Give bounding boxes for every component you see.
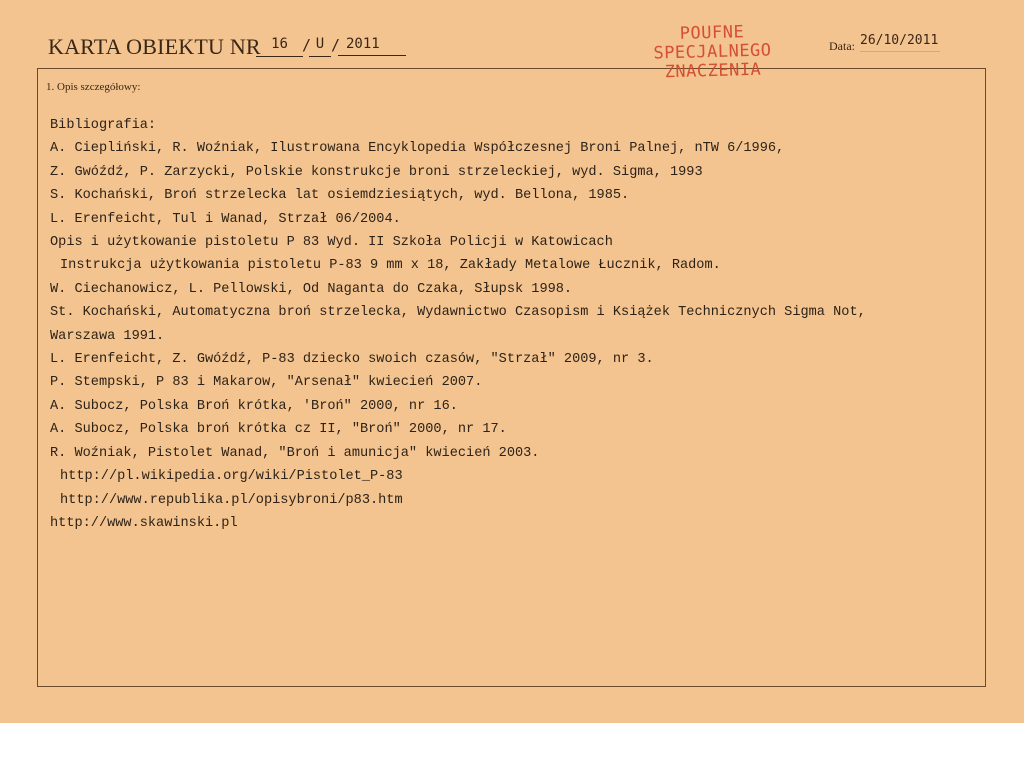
- bibliography-entry: http://www.skawinski.pl: [50, 512, 975, 535]
- section-label: 1. Opis szczegółowy:: [46, 81, 140, 93]
- bibliography-entry: http://pl.wikipedia.org/wiki/Pistolet_P-…: [50, 465, 975, 488]
- bibliography-entry: Opis i użytkowanie pistoletu P 83 Wyd. I…: [50, 231, 975, 254]
- bibliography-entry: S. Kochański, Broń strzelecka lat osiemd…: [50, 184, 975, 207]
- bibliography-entry: Instrukcja użytkowania pistoletu P-83 9 …: [50, 254, 975, 277]
- date-value: 26/10/2011: [860, 33, 940, 52]
- bibliography-list: Bibliografia:A. Ciepliński, R. Woźniak, …: [50, 114, 975, 535]
- object-category-field: U: [309, 36, 331, 57]
- bibliography-entry: Z. Gwóźdź, P. Zarzycki, Polskie konstruk…: [50, 161, 975, 184]
- object-card: KARTA OBIEKTU NR 16 / U / 2011 POUFNE SP…: [0, 0, 1024, 723]
- bibliography-entry: L. Erenfeicht, Z. Gwóźdź, P-83 dziecko s…: [50, 348, 975, 371]
- bibliography-entry: A. Ciepliński, R. Woźniak, Ilustrowana E…: [50, 137, 975, 160]
- object-number-field: 16: [256, 36, 303, 57]
- bibliography-entry: Warszawa 1991.: [50, 325, 975, 348]
- confidential-stamp: POUFNE SPECJALNEGO ZNACZENIA: [629, 22, 795, 83]
- bibliography-entry: St. Kochański, Automatyczna broń strzele…: [50, 301, 975, 324]
- detailed-description-box: 1. Opis szczegółowy: Bibliografia:A. Cie…: [37, 68, 986, 687]
- bibliography-heading: Bibliografia:: [50, 114, 975, 137]
- object-year-field: 2011: [338, 36, 406, 56]
- card-title: KARTA OBIEKTU NR: [48, 34, 261, 60]
- bibliography-entry: L. Erenfeicht, Tul i Wanad, Strzał 06/20…: [50, 208, 975, 231]
- bibliography-entry: http://www.republika.pl/opisybroni/p83.h…: [50, 489, 975, 512]
- bibliography-entry: P. Stempski, P 83 i Makarow, "Arsenał" k…: [50, 371, 975, 394]
- date-label: Data:: [829, 39, 855, 54]
- bibliography-entry: A. Subocz, Polska Broń krótka, 'Broń" 20…: [50, 395, 975, 418]
- bibliography-entry: W. Ciechanowicz, L. Pellowski, Od Nagant…: [50, 278, 975, 301]
- bibliography-entry: A. Subocz, Polska broń krótka cz II, "Br…: [50, 418, 975, 441]
- bibliography-entry: R. Woźniak, Pistolet Wanad, "Broń i amun…: [50, 442, 975, 465]
